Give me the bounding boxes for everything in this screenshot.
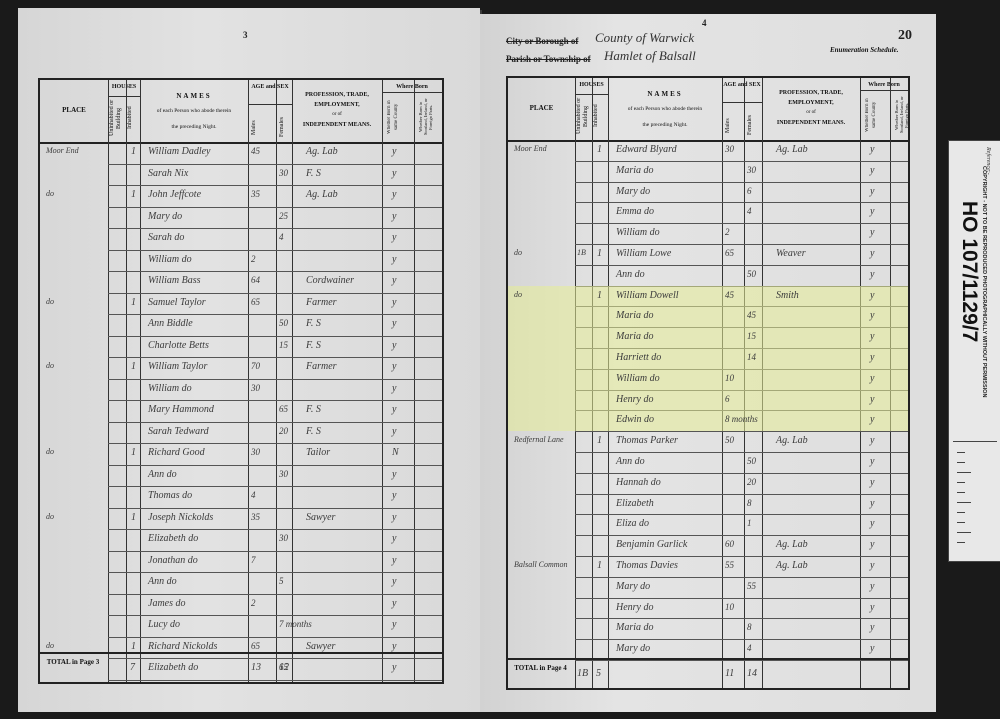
born-same-county-cell: y xyxy=(392,232,396,243)
name-cell: Richard Nickolds xyxy=(148,641,217,652)
male-age-cell: 35 xyxy=(251,512,260,522)
male-age-cell: 2 xyxy=(251,254,256,264)
profession-header-2: EMPLOYMENT, xyxy=(292,102,382,108)
born-same-county-cell: y xyxy=(870,144,874,155)
inhabited-cell: 1 xyxy=(131,641,136,652)
males-header: Males xyxy=(251,118,263,138)
born-same-county-cell: y xyxy=(392,168,396,179)
name-cell: Thomas Davies xyxy=(616,560,678,571)
copyright-notice: COPYRIGHT - NOT TO BE REPRODUCED PHOTOGR… xyxy=(981,166,987,397)
born-same-county-cell: y xyxy=(392,211,396,222)
name-cell: Harriett do xyxy=(616,352,661,363)
name-cell: Mary do xyxy=(616,186,650,197)
name-cell: Thomas Parker xyxy=(616,435,678,446)
born-same-county-cell: y xyxy=(392,404,396,415)
male-age-cell: 10 xyxy=(725,373,734,383)
name-cell: Benjamin Garlick xyxy=(616,539,687,550)
names-subheader: of each Person who abode therein xyxy=(140,108,248,114)
names-subheader-2: the preceding Night. xyxy=(140,124,248,130)
inhabited-cell: 1 xyxy=(131,361,136,372)
census-table-left: PLACEHOUSESUninhabited or BuildingInhabi… xyxy=(38,78,444,684)
born-same-county-cell: y xyxy=(870,539,874,550)
male-age-cell: 35 xyxy=(251,189,260,199)
place-cell: Moor End xyxy=(514,144,547,153)
male-age-cell: 8 months xyxy=(725,414,758,424)
male-age-cell: 6 xyxy=(725,394,730,404)
male-age-cell: 65 xyxy=(251,297,260,307)
total-inhabited: 5 xyxy=(596,668,601,679)
profession-cell: F. S xyxy=(306,318,321,329)
place-cell: Balsall Common xyxy=(514,560,568,569)
name-cell: Mary do xyxy=(616,643,650,654)
inhabited-cell: 1 xyxy=(131,447,136,458)
profession-header: PROFESSION, TRADE, xyxy=(292,92,382,98)
male-age-cell: 50 xyxy=(725,435,734,445)
name-cell: Elizabeth do xyxy=(148,533,198,544)
male-age-cell: 30 xyxy=(251,447,260,457)
profession-cell: F. S xyxy=(306,426,321,437)
born-same-county-cell: y xyxy=(392,189,396,200)
total-males: 11 xyxy=(725,668,734,679)
female-age-cell: 55 xyxy=(747,581,756,591)
profession-cell: F. S xyxy=(306,168,321,179)
age-sex-header: AGE and SEX xyxy=(248,84,292,90)
profession-header-3: or of xyxy=(292,112,382,117)
name-cell: Maria do xyxy=(616,331,654,342)
profession-cell: F. S xyxy=(306,404,321,415)
total-males: 13 xyxy=(251,662,261,673)
born-same-county-cell: y xyxy=(392,469,396,480)
place-cell: do xyxy=(46,361,54,370)
where-born-header: Where Born xyxy=(382,84,442,90)
header-subdivider xyxy=(722,102,762,103)
name-cell: Thomas do xyxy=(148,490,192,501)
male-age-cell: 2 xyxy=(725,227,730,237)
inhabited-cell: 1 xyxy=(597,435,602,446)
profession-cell: Sawyer xyxy=(306,641,335,652)
page-total-row: TOTAL in Page 371312 xyxy=(40,652,442,682)
name-cell: Maria do xyxy=(616,310,654,321)
total-females: 12 xyxy=(279,662,289,673)
born-same-county-header: Whether Born in same County xyxy=(864,94,878,136)
place-cell: do xyxy=(46,189,54,198)
born-same-county-cell: y xyxy=(870,498,874,509)
census-table-right: PLACEHOUSESUninhabited or BuildingInhabi… xyxy=(506,76,910,690)
name-cell: Ann do xyxy=(616,269,645,280)
born-same-county-cell: y xyxy=(870,206,874,217)
female-age-cell: 50 xyxy=(279,318,288,328)
place-header: PLACE xyxy=(508,104,575,112)
born-same-county-cell: y xyxy=(870,477,874,488)
profession-header-3: or of xyxy=(762,110,860,115)
inhabited-cell: 1 xyxy=(131,146,136,157)
female-age-cell: 5 xyxy=(279,576,284,586)
born-same-county-cell: y xyxy=(870,643,874,654)
place-header: PLACE xyxy=(40,106,108,114)
inhabited-cell: 1 xyxy=(597,144,602,155)
born-same-county-cell: y xyxy=(870,435,874,446)
name-cell: Jonathan do xyxy=(148,555,198,566)
born-same-county-cell: y xyxy=(870,290,874,301)
male-age-cell: 64 xyxy=(251,275,260,285)
total-uninhabited: 1B xyxy=(577,668,588,679)
name-cell: Henry do xyxy=(616,394,654,405)
place-cell: do xyxy=(46,297,54,306)
name-cell: Maria do xyxy=(616,622,654,633)
profession-cell: Weaver xyxy=(776,248,806,259)
male-age-cell: 45 xyxy=(725,290,734,300)
name-cell: Charlotte Betts xyxy=(148,340,209,351)
parish-township-value: Hamlet of Balsall xyxy=(604,48,696,64)
profession-cell: Ag. Lab xyxy=(776,435,808,446)
born-same-county-cell: y xyxy=(392,275,396,286)
male-age-cell: 30 xyxy=(251,383,260,393)
name-cell: William do xyxy=(616,227,660,238)
header-subdivider xyxy=(108,96,140,97)
female-age-cell: 25 xyxy=(279,211,288,221)
female-age-cell: 4 xyxy=(747,206,752,216)
name-cell: Mary Hammond xyxy=(148,404,214,415)
born-same-county-cell: y xyxy=(870,622,874,633)
names-subheader-2: the preceding Night. xyxy=(608,122,722,128)
archive-reference-strip: Reference:- HO 107/1129/7 COPYRIGHT - NO… xyxy=(948,140,1000,562)
born-same-county-cell: y xyxy=(392,555,396,566)
born-same-county-cell: y xyxy=(870,227,874,238)
name-cell: Ann Biddle xyxy=(148,318,193,329)
profession-cell: Smith xyxy=(776,290,799,301)
female-age-cell: 4 xyxy=(747,643,752,653)
male-age-cell: 4 xyxy=(251,490,256,500)
where-born-header: Where Born xyxy=(860,82,908,88)
name-cell: Lucy do xyxy=(148,619,180,630)
page-total-label: TOTAL in Page 4 xyxy=(510,664,571,672)
born-same-county-cell: y xyxy=(870,248,874,259)
born-same-county-cell: y xyxy=(870,560,874,571)
born-scotland-header: Whether Born in Scotland, Ireland, or Fo… xyxy=(418,96,438,138)
female-age-cell: 20 xyxy=(747,477,756,487)
uninhabited-header: Uninhabited or Building xyxy=(109,98,123,138)
inhabited-cell: 1 xyxy=(131,512,136,523)
born-same-county-cell: N xyxy=(392,447,399,458)
male-age-cell: 10 xyxy=(725,602,734,612)
name-cell: Emma do xyxy=(616,206,654,217)
female-age-cell: 50 xyxy=(747,456,756,466)
born-same-county-cell: y xyxy=(392,297,396,308)
born-same-county-cell: y xyxy=(870,331,874,342)
females-header: Females xyxy=(747,114,759,136)
born-same-county-cell: y xyxy=(392,512,396,523)
born-same-county-cell: y xyxy=(870,456,874,467)
female-age-cell: 15 xyxy=(279,340,288,350)
name-cell: Ann do xyxy=(148,469,177,480)
male-age-cell: 65 xyxy=(725,248,734,258)
place-cell: do xyxy=(46,447,54,456)
header-subdivider xyxy=(860,90,908,91)
born-same-county-cell: y xyxy=(870,352,874,363)
born-same-county-cell: y xyxy=(392,361,396,372)
name-cell: William Taylor xyxy=(148,361,207,372)
city-borough-value: County of Warwick xyxy=(595,30,694,46)
born-scotland-header: Whether Born in Scotland, Ireland, or Fo… xyxy=(894,94,914,136)
male-age-cell: 70 xyxy=(251,361,260,371)
profession-cell: Sawyer xyxy=(306,512,335,523)
name-cell: Maria do xyxy=(616,165,654,176)
born-same-county-cell: y xyxy=(392,426,396,437)
age-sex-header: AGE and SEX xyxy=(722,82,762,88)
born-same-county-cell: y xyxy=(870,602,874,613)
name-cell: Mary do xyxy=(616,581,650,592)
inhabited-header: Inhabited xyxy=(593,96,607,136)
male-age-cell: 7 xyxy=(251,555,256,565)
born-same-county-cell: y xyxy=(392,146,396,157)
header-subdivider xyxy=(248,104,292,105)
born-same-county-cell: y xyxy=(392,340,396,351)
name-cell: Elizabeth xyxy=(616,498,654,509)
female-age-cell: 7 months xyxy=(279,619,312,629)
name-cell: William do xyxy=(616,373,660,384)
inhabited-header: Inhabited xyxy=(127,98,141,138)
males-header: Males xyxy=(725,116,737,136)
name-cell: William Lowe xyxy=(616,248,671,259)
name-cell: Hannah do xyxy=(616,477,661,488)
uninhabited-header: Uninhabited or Building xyxy=(576,96,590,136)
total-inhabited: 7 xyxy=(130,662,135,673)
name-cell: Ann do xyxy=(148,576,177,587)
male-age-cell: 30 xyxy=(725,144,734,154)
place-cell: do xyxy=(514,290,522,299)
born-same-county-cell: y xyxy=(392,318,396,329)
place-cell: do xyxy=(514,248,522,257)
male-age-cell: 60 xyxy=(725,539,734,549)
profession-cell: Farmer xyxy=(306,361,337,372)
inhabited-cell: 1 xyxy=(597,560,602,571)
uninhabited-cell: 1B xyxy=(577,248,586,257)
born-same-county-cell: y xyxy=(870,310,874,321)
inhabited-cell: 1 xyxy=(597,248,602,259)
female-age-cell: 1 xyxy=(747,518,752,528)
name-cell: Sarah do xyxy=(148,232,184,243)
name-cell: Mary do xyxy=(148,211,182,222)
born-same-county-cell: y xyxy=(870,581,874,592)
name-cell: Edward Blyard xyxy=(616,144,677,155)
born-same-county-cell: y xyxy=(392,576,396,587)
female-age-cell: 15 xyxy=(747,331,756,341)
parish-township-label: Parish or Township of xyxy=(506,54,591,64)
page-number: 4 xyxy=(702,18,707,28)
profession-cell: Tailor xyxy=(306,447,330,458)
born-same-county-cell: y xyxy=(870,394,874,405)
born-same-county-cell: y xyxy=(870,518,874,529)
male-age-cell: 45 xyxy=(251,146,260,156)
right-census-page: 4 City or Borough of County of Warwick P… xyxy=(480,14,936,712)
total-females: 14 xyxy=(747,668,757,679)
born-same-county-cell: y xyxy=(392,598,396,609)
profession-cell: Ag. Lab xyxy=(306,189,338,200)
born-same-county-header: Whether Born in same County xyxy=(386,96,400,138)
born-same-county-cell: y xyxy=(392,383,396,394)
name-cell: Ann do xyxy=(616,456,645,467)
city-borough-label: City or Borough of xyxy=(506,36,578,46)
profession-header: PROFESSION, TRADE, xyxy=(762,90,860,96)
born-same-county-cell: y xyxy=(870,165,874,176)
female-age-cell: 6 xyxy=(747,186,752,196)
place-cell: Redfernal Lane xyxy=(514,435,564,444)
born-same-county-cell: y xyxy=(392,254,396,265)
header-subdivider xyxy=(382,92,442,93)
inhabited-cell: 1 xyxy=(597,290,602,301)
male-age-cell: 2 xyxy=(251,598,256,608)
profession-cell: F. S xyxy=(306,340,321,351)
name-cell: William Dowell xyxy=(616,290,679,301)
name-cell: Henry do xyxy=(616,602,654,613)
born-same-county-cell: y xyxy=(870,414,874,425)
female-age-cell: 50 xyxy=(747,269,756,279)
houses-header: HOUSES xyxy=(108,84,140,90)
name-cell: Joseph Nickolds xyxy=(148,512,213,523)
profession-cell: Ag. Lab xyxy=(776,560,808,571)
names-header: NAMES xyxy=(140,92,248,100)
page-number: 3 xyxy=(243,30,248,40)
female-age-cell: 45 xyxy=(747,310,756,320)
female-age-cell: 65 xyxy=(279,404,288,414)
reference-code: HO 107/1129/7 xyxy=(957,201,981,342)
left-census-page: 3 PLACEHOUSESUninhabited or BuildingInha… xyxy=(18,8,480,712)
name-cell: Sarah Tedward xyxy=(148,426,209,437)
profession-header-2: EMPLOYMENT, xyxy=(762,100,860,106)
female-age-cell: 30 xyxy=(747,165,756,175)
inhabited-cell: 1 xyxy=(131,297,136,308)
born-same-county-cell: y xyxy=(392,490,396,501)
name-cell: William do xyxy=(148,383,192,394)
profession-cell: Farmer xyxy=(306,297,337,308)
born-same-county-cell: y xyxy=(392,619,396,630)
place-cell: do xyxy=(46,512,54,521)
born-same-county-cell: y xyxy=(870,269,874,280)
females-header: Females xyxy=(279,116,291,138)
male-age-cell: 55 xyxy=(725,560,734,570)
name-cell: Edwin do xyxy=(616,414,654,425)
table-header: PLACEHOUSESUninhabited or BuildingInhabi… xyxy=(508,78,908,142)
place-cell: do xyxy=(46,641,54,650)
female-age-cell: 8 xyxy=(747,622,752,632)
name-cell: William Bass xyxy=(148,275,201,286)
profession-cell: Cordwainer xyxy=(306,275,354,286)
male-age-cell: 65 xyxy=(251,641,260,651)
inhabited-cell: 1 xyxy=(131,189,136,200)
place-cell: Moor End xyxy=(46,146,79,155)
profession-header-4: INDEPENDENT MEANS. xyxy=(762,120,860,126)
schedule-number: 20 xyxy=(898,28,912,44)
female-age-cell: 30 xyxy=(279,533,288,543)
born-same-county-cell: y xyxy=(870,186,874,197)
name-cell: Eliza do xyxy=(616,518,649,529)
female-age-cell: 4 xyxy=(279,232,284,242)
female-age-cell: 30 xyxy=(279,168,288,178)
born-same-county-cell: y xyxy=(392,533,396,544)
profession-cell: Ag. Lab xyxy=(776,144,808,155)
female-age-cell: 8 xyxy=(747,498,752,508)
page-total-row: TOTAL in Page 41B51114 xyxy=(508,658,908,688)
profession-header-4: INDEPENDENT MEANS. xyxy=(292,122,382,128)
profession-cell: Ag. Lab xyxy=(306,146,338,157)
names-subheader: of each Person who abode therein xyxy=(608,106,722,112)
names-header: NAMES xyxy=(608,90,722,98)
profession-cell: Ag. Lab xyxy=(776,539,808,550)
female-age-cell: 14 xyxy=(747,352,756,362)
measurement-ruler xyxy=(953,441,997,555)
born-same-county-cell: y xyxy=(870,373,874,384)
name-cell: Richard Good xyxy=(148,447,205,458)
born-same-county-cell: y xyxy=(392,641,396,652)
page-total-label: TOTAL in Page 3 xyxy=(42,658,104,666)
name-cell: Samuel Taylor xyxy=(148,297,206,308)
name-cell: William Dadley xyxy=(148,146,211,157)
female-age-cell: 30 xyxy=(279,469,288,479)
female-age-cell: 20 xyxy=(279,426,288,436)
name-cell: Sarah Nix xyxy=(148,168,188,179)
schedule-label: Enumeration Schedule. xyxy=(830,46,898,54)
name-cell: James do xyxy=(148,598,186,609)
name-cell: John Jeffcote xyxy=(148,189,201,200)
name-cell: William do xyxy=(148,254,192,265)
